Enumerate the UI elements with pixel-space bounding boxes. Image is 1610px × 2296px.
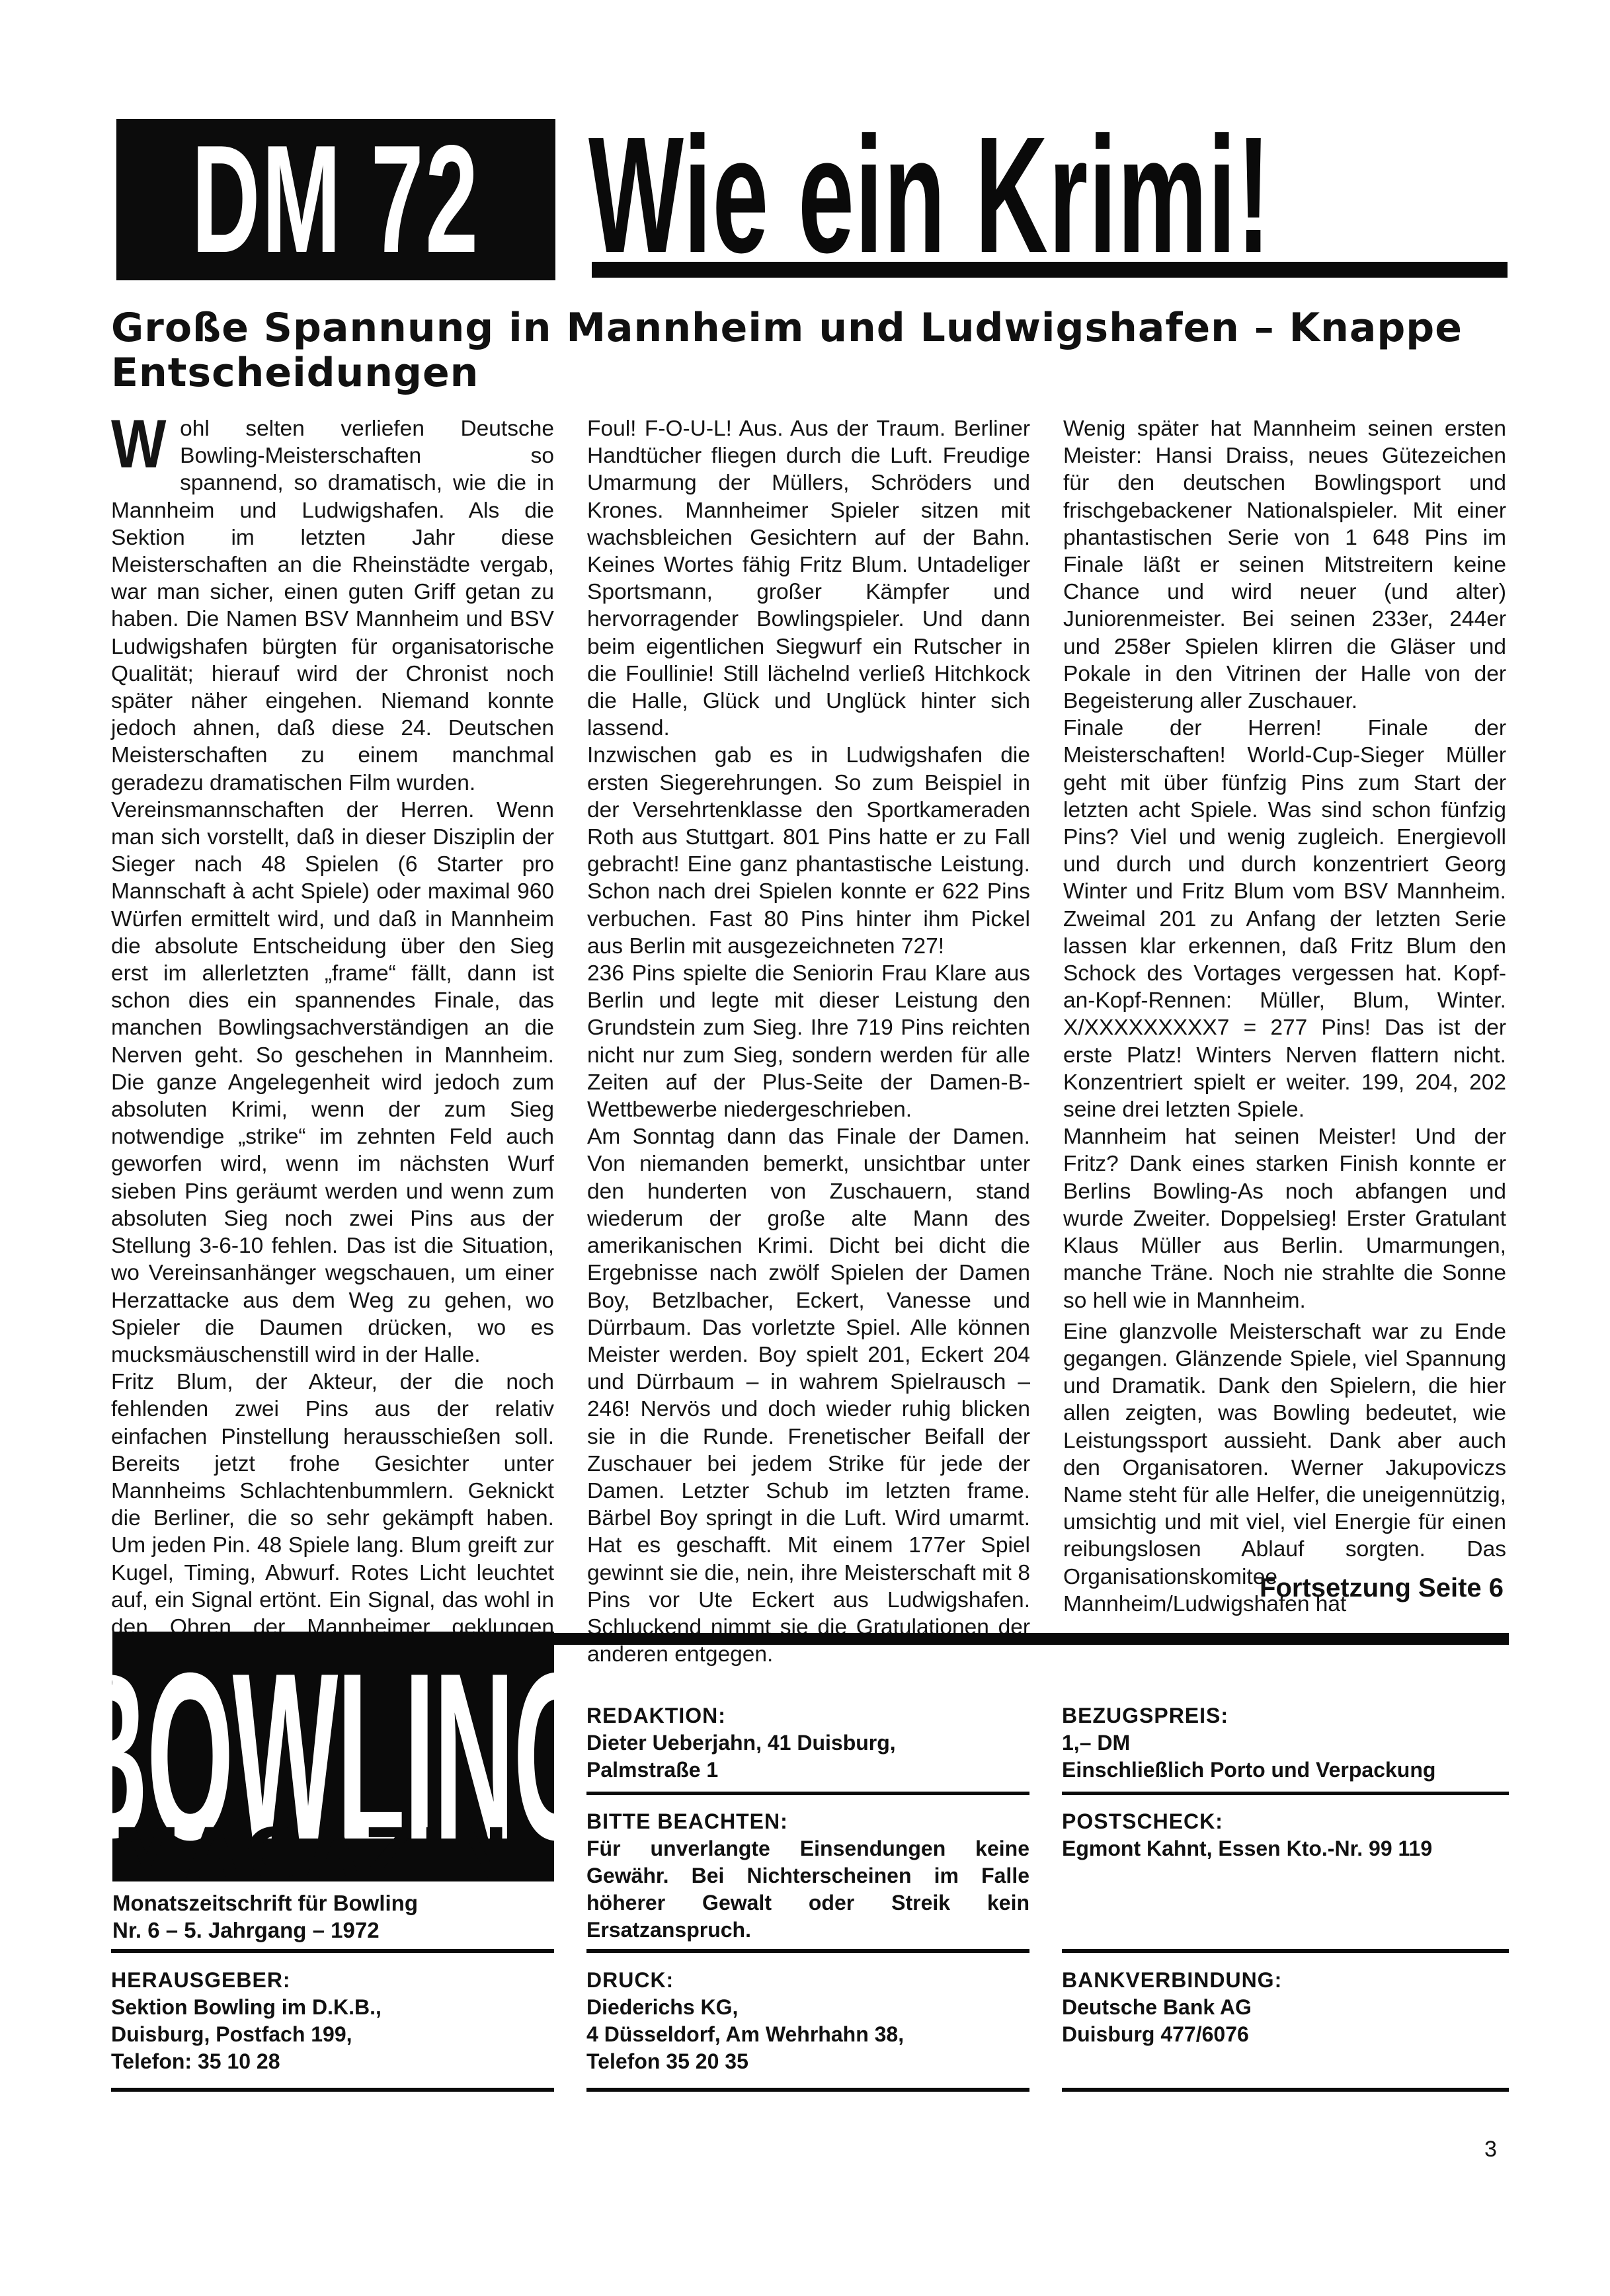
imprint-label: HERAUSGEBER: — [111, 1967, 554, 1994]
headline-text: Wie ein Krimi! — [588, 112, 1271, 278]
section-tag-box: DM 72 — [116, 119, 555, 280]
headline-underline-bar — [592, 262, 1508, 278]
paragraph: Eine glanzvolle Meisterschaft war zu End… — [1063, 1318, 1506, 1618]
masthead-subtitle: Monatszeitschrift für Bowling Nr. 6 – 5.… — [112, 1889, 562, 1944]
imprint-postscheck: POSTSCHECK: Egmont Kahnt, Essen Kto.-Nr.… — [1062, 1808, 1511, 1862]
divider — [586, 1792, 1029, 1795]
imprint-herausgeber: HERAUSGEBER: Sektion Bowling im D.K.B., … — [111, 1967, 554, 2075]
imprint-bitte-beachten: BITTE BEACHTEN: Für unverlangte Einsendu… — [586, 1808, 1029, 1944]
divider — [1062, 2088, 1509, 2092]
paragraph: Foul! F-O-U-L! Aus. Aus der Traum. Berli… — [587, 415, 1030, 742]
paragraph: Am Sonntag dann das Finale der Damen. Vo… — [587, 1123, 1030, 1668]
imprint-label: REDAKTION: — [586, 1702, 1029, 1729]
divider — [111, 2088, 554, 2092]
divider — [586, 1949, 1029, 1953]
paragraph: Wenig später hat Mannheim seinen ersten … — [1063, 415, 1506, 715]
imprint-label: BANKVERBINDUNG: — [1062, 1967, 1511, 1994]
paragraph: Mannheim hat seinen Meister! Und der Fri… — [1063, 1123, 1506, 1314]
logo-magazin: MAGAZIN — [112, 1819, 562, 1888]
divider — [1062, 1792, 1509, 1795]
article-column-2: Foul! F-O-U-L! Aus. Aus der Traum. Berli… — [587, 415, 1030, 1668]
section-tag: DM 72 — [192, 123, 480, 276]
paragraph: Wohl selten verliefen Deutsche Bowling-M… — [111, 415, 554, 797]
article-column-1: Wohl selten verliefen Deutsche Bowling-M… — [111, 415, 554, 1696]
imprint-label: BEZUGSPREIS: — [1062, 1702, 1511, 1729]
continued-on-page-link[interactable]: Fortsetzung Seite 6 — [1190, 1573, 1504, 1603]
headline: Wie ein Krimi! — [588, 112, 1514, 264]
article-column-3: Wenig später hat Mannheim seinen ersten … — [1063, 415, 1506, 1618]
imprint-bezugspreis: BEZUGSPREIS: 1,– DM Einschließlich Porto… — [1062, 1702, 1511, 1784]
imprint-bankverbindung: BANKVERBINDUNG: Deutsche Bank AG Duisbur… — [1062, 1967, 1511, 2048]
masthead-top-rule — [554, 1633, 1509, 1645]
tagline: Monatszeitschrift für Bowling — [112, 1889, 562, 1917]
issue-info: Nr. 6 – 5. Jahrgang – 1972 — [112, 1917, 562, 1944]
article-subtitle: Große Spannung in Mannheim und Ludwigsha… — [111, 305, 1519, 395]
drop-cap: W — [111, 418, 166, 472]
imprint-redaktion: REDAKTION: Dieter Ueberjahn, 41 Duisburg… — [586, 1702, 1029, 1784]
paragraph: 236 Pins spielte die Seniorin Frau Klare… — [587, 960, 1030, 1123]
paragraph: Finale der Herren! Finale der Meistersch… — [1063, 715, 1506, 1123]
divider — [1062, 1949, 1509, 1953]
divider — [111, 1949, 554, 1953]
imprint-label: DRUCK: — [586, 1967, 1029, 1994]
paragraph: Vereinsmannschaften der Herren. Wenn man… — [111, 797, 554, 1368]
imprint-druck: DRUCK: Diederichs KG, 4 Düsseldorf, Am W… — [586, 1967, 1029, 2075]
imprint-label: POSTSCHECK: — [1062, 1808, 1511, 1835]
page-number: 3 — [1484, 2137, 1497, 2162]
imprint-label: BITTE BEACHTEN: — [586, 1808, 1029, 1835]
paragraph: Inzwischen gab es in Ludwigshafen die er… — [587, 742, 1030, 960]
divider — [586, 2088, 1029, 2092]
